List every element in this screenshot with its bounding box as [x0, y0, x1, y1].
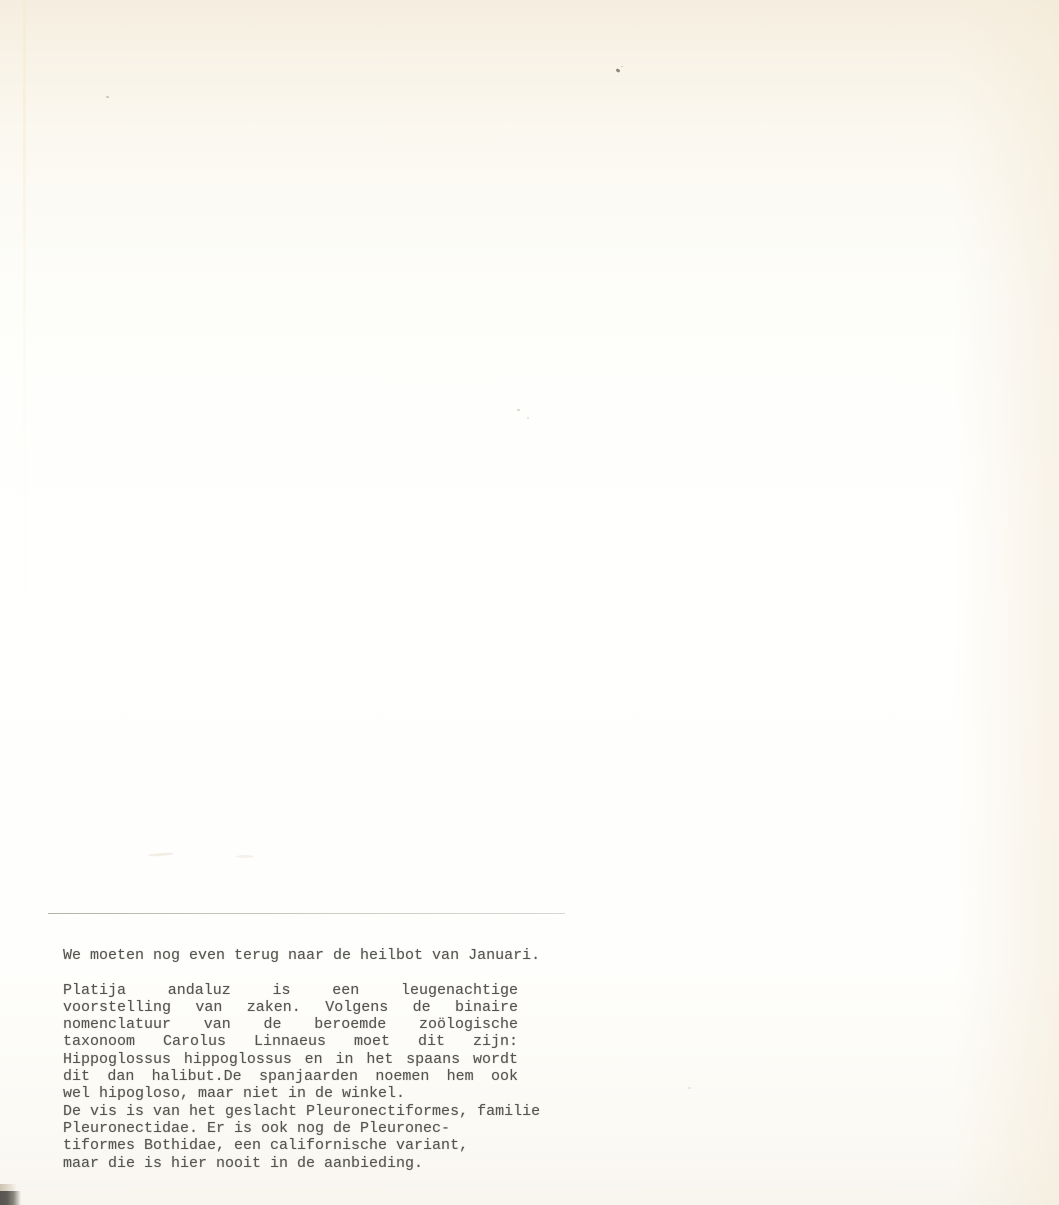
text-line: taxonoom Carolus Linnaeus moet dit zijn:: [63, 1033, 518, 1050]
scan-smudge: [236, 855, 254, 858]
page-fold-line: [23, 0, 26, 640]
typewritten-text-block: We moeten nog even terug naar de heilbot…: [63, 947, 518, 1172]
scanned-book-page: We moeten nog even terug naar de heilbot…: [0, 0, 1059, 1205]
scan-smudge: [148, 852, 174, 857]
scan-speck: [517, 409, 520, 411]
text-line: wel hipogloso, maar niet in de winkel.: [63, 1085, 518, 1102]
text-line: De vis is van het geslacht Pleuronectifo…: [63, 1103, 518, 1120]
scan-speck: [621, 66, 623, 67]
text-line: Pleuronectidae. Er is ook nog de Pleuron…: [63, 1120, 518, 1137]
text-line: voorstelling van zaken. Volgens de binai…: [63, 999, 518, 1016]
scan-speck: [527, 417, 529, 419]
text-line: Platija andaluz is een leugenachtige: [63, 982, 518, 999]
scan-corner-mark: [0, 1191, 21, 1205]
scan-speck: [616, 68, 621, 73]
scan-speck: [106, 96, 109, 98]
text-line: maar die is hier nooit in de aanbieding.: [63, 1155, 518, 1172]
scan-speck: [688, 1087, 691, 1089]
text-line: tiformes Bothidae, een californische var…: [63, 1137, 518, 1154]
divider-line: [48, 913, 565, 914]
text-line: Hippoglossus hippoglossus en in het spaa…: [63, 1051, 518, 1068]
text-line: dit dan halibut.De spanjaarden noemen he…: [63, 1068, 518, 1085]
text-line: nomenclatuur van de beroemde zoölogische: [63, 1016, 518, 1033]
text-line: We moeten nog even terug naar de heilbot…: [63, 947, 518, 964]
